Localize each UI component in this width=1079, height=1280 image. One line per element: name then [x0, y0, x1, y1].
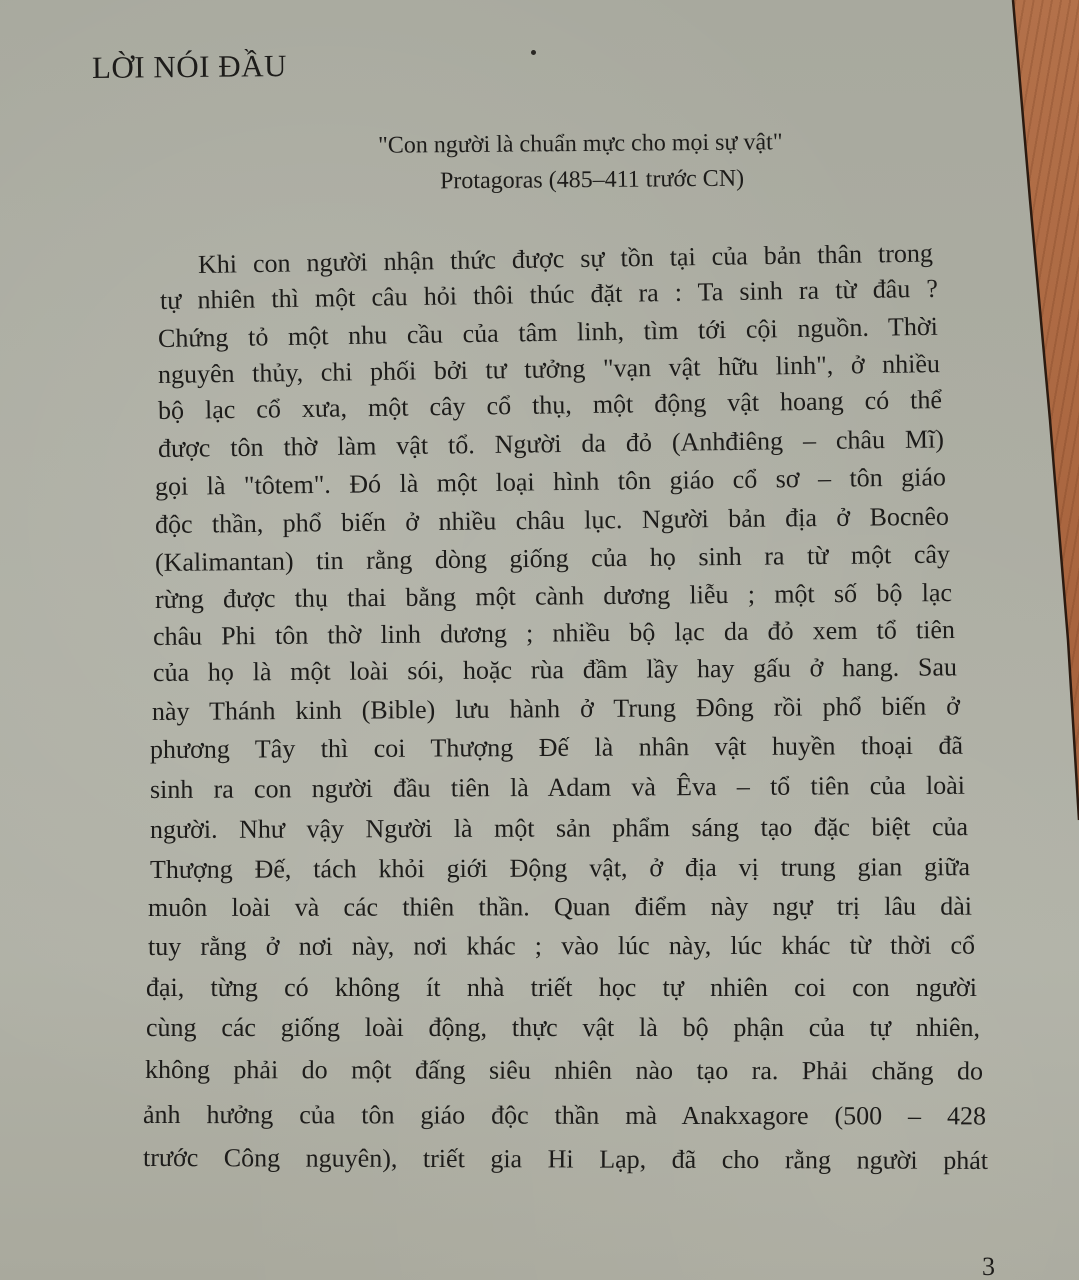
body-line: ảnh hưởng của tôn giáo độc thần mà Anakx… [143, 1100, 986, 1131]
body-line: cùng các giống loài động, thực vật là bộ… [146, 1013, 980, 1043]
body-line: này Thánh kinh (Bible) lưu hành ở Trung … [152, 691, 960, 727]
epigraph-attribution: Protagoras (485–411 trước CN) [440, 166, 744, 196]
body-line: người. Như vậy Người là một sản phẩm sán… [150, 812, 968, 845]
chapter-heading: LỜI NÓI ĐẦU [92, 48, 287, 86]
body-line: tuy rằng ở nơi này, nơi khác ; vào lúc n… [148, 931, 975, 962]
epigraph-quote: "Con người là chuẩn mực cho mọi sự vật" [378, 129, 783, 160]
body-line: sinh ra con người đầu tiên là Adam và Êv… [150, 771, 965, 805]
body-line: muôn loài và các thiên thần. Quan điểm n… [148, 892, 972, 923]
body-line: Thượng Đế, tách khỏi giới Động vật, ở đị… [150, 852, 970, 885]
page-number: 3 [982, 1252, 995, 1280]
body-line: đại, từng có không ít nhà triết học tự n… [146, 973, 977, 1003]
ink-speck [531, 50, 536, 55]
body-line: trước Công nguyên), triết gia Hi Lạp, đã… [143, 1143, 988, 1176]
body-line: không phải do một đấng siêu nhiên nào tạ… [145, 1055, 983, 1086]
body-line: của họ là một loài sói, hoặc rùa đầm lầy… [153, 652, 957, 688]
body-line: phương Tây thì coi Thượng Đế là nhân vật… [150, 731, 963, 765]
